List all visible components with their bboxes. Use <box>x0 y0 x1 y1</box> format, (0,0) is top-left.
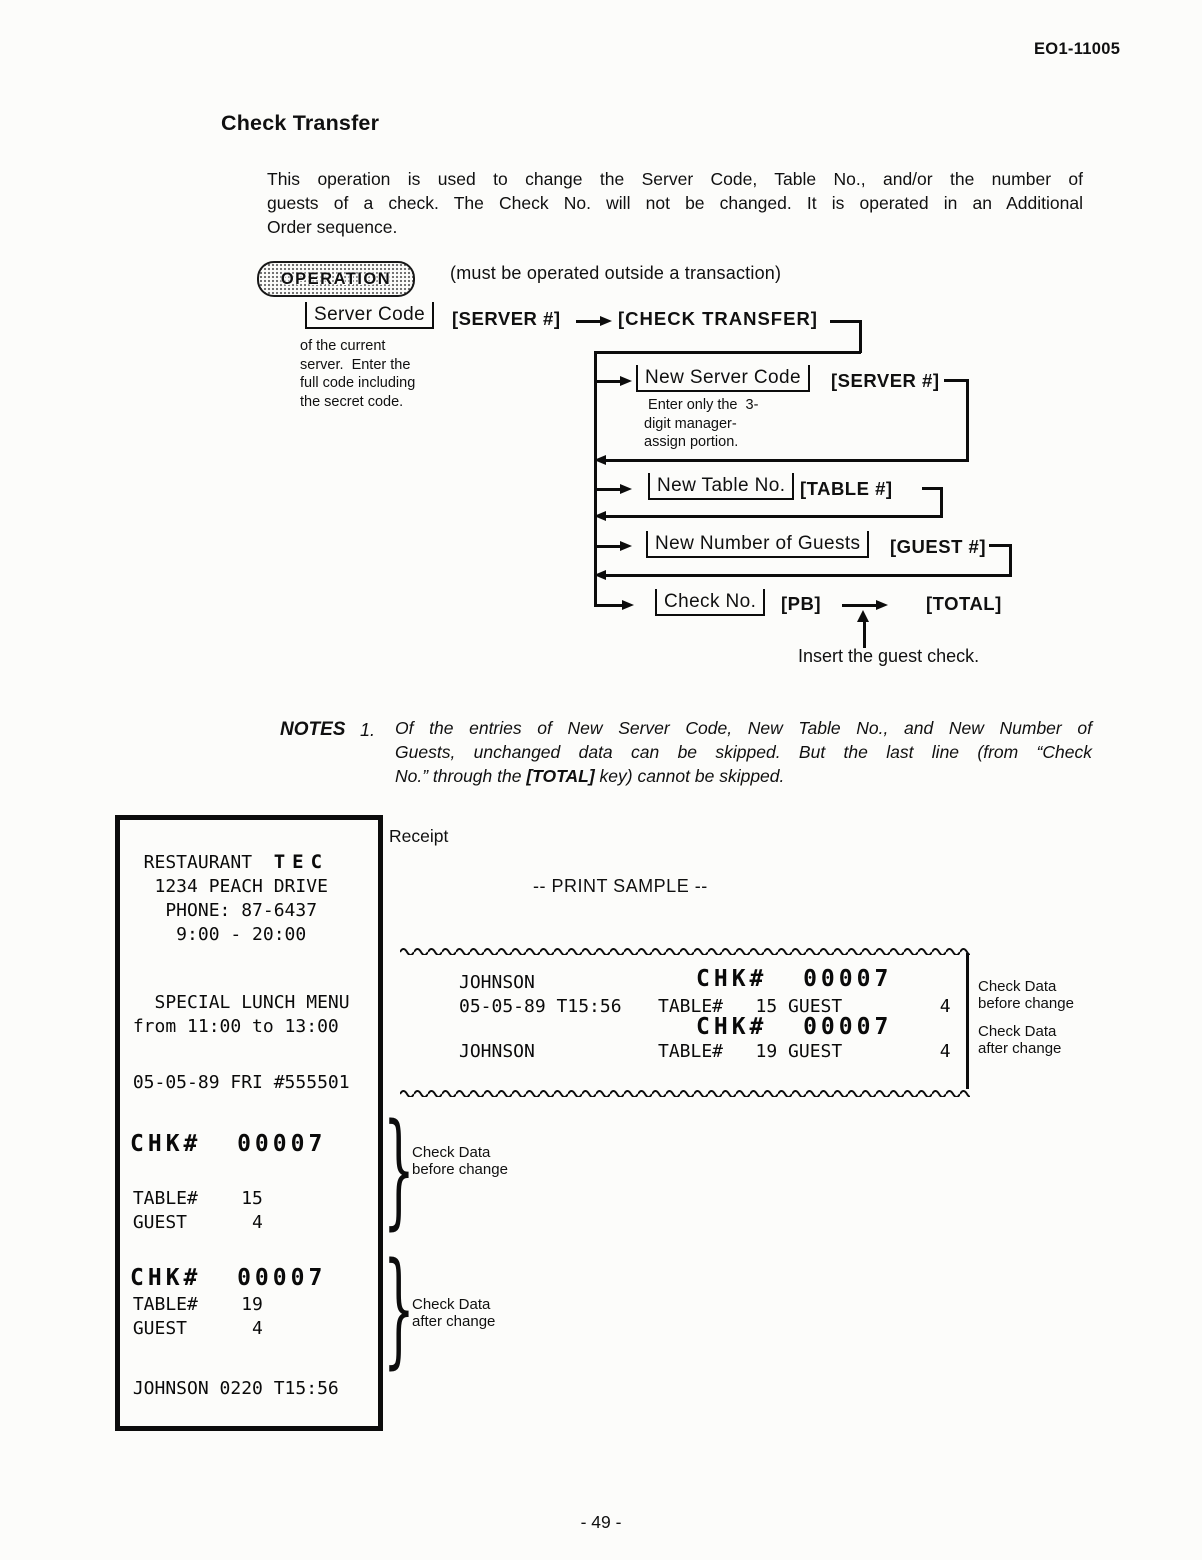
flow-key-total: [TOTAL] <box>926 593 1002 615</box>
doc-code: EO1-11005 <box>1034 40 1120 59</box>
label-line: after change <box>412 1313 495 1330</box>
label-line: Check Data <box>978 1023 1061 1040</box>
tec-logo: TEC <box>274 851 329 873</box>
note-line: server. Enter the <box>300 356 415 375</box>
intro-paragraph: This operation is used to change the Ser… <box>267 167 1083 239</box>
receipt-line: from 11:00 to 13:00 <box>122 1015 378 1039</box>
flow-key-pb: [PB] <box>781 593 821 615</box>
label-line: before change <box>412 1161 508 1178</box>
flow-field-server-code: Server Code <box>305 302 434 329</box>
arrow-right-icon <box>620 484 632 494</box>
flow-field-new-number-of-guests: New Number of Guests <box>646 531 869 558</box>
operation-badge-label: OPERATION <box>281 270 391 289</box>
receipt-line: PHONE: 87-6437 <box>122 899 378 923</box>
note-line: full code including <box>300 374 415 393</box>
server-code-note: of the currentserver. Enter thefull code… <box>300 337 415 411</box>
flow-key-server-2: [SERVER #] <box>831 370 940 392</box>
receipt-line: SPECIAL LUNCH MENU <box>122 991 378 1015</box>
intro-line: This operation is used to change the Ser… <box>267 167 1083 191</box>
receipt-line: TABLE# 19 <box>122 1293 378 1317</box>
arrow-right-icon <box>622 600 634 610</box>
label-line: Check Data <box>412 1144 508 1161</box>
flow-connector-line <box>606 574 1011 577</box>
ps-date-time: 05-05-89 T15:56 <box>459 996 622 1017</box>
label-line: before change <box>978 995 1074 1012</box>
flow-connector-line <box>594 604 624 607</box>
note-line: of the current <box>300 337 415 356</box>
flow-connector-line <box>842 604 878 607</box>
ps-chk-before: CHK# 00007 <box>696 966 892 992</box>
arrow-right-icon <box>876 600 888 610</box>
arrow-left-icon <box>594 511 606 521</box>
flow-connector-line <box>576 320 602 323</box>
flow-connector-line <box>596 380 622 383</box>
receipt-lines: RESTAURANT TEC 1234 PEACH DRIVE PHONE: 8… <box>120 820 378 1401</box>
arrow-left-icon <box>594 455 606 465</box>
receipt-line: 1234 PEACH DRIVE <box>122 875 378 899</box>
notes-text: Of the entries of New Server Code, New T… <box>395 716 1092 788</box>
label-line: after change <box>978 1040 1061 1057</box>
notes-number: 1. <box>360 720 375 741</box>
print-sample-strip: JOHNSON CHK# 00007 05-05-89 T15:56 TABLE… <box>400 945 970 1097</box>
notes-line: Of the entries of New Server Code, New T… <box>395 716 1092 740</box>
flow-field-new-server-code: New Server Code <box>636 365 810 392</box>
ps-server-name: JOHNSON <box>459 972 535 993</box>
flow-connector-line <box>606 515 942 518</box>
note-line: the secret code. <box>300 393 415 412</box>
receipt-line: GUEST 4 <box>122 1317 378 1341</box>
receipt-caption: Receipt <box>389 826 448 847</box>
receipt-line: RESTAURANT TEC <box>122 850 378 875</box>
notes-line-part: No.” through the <box>395 766 526 786</box>
page-number: - 49 - <box>0 1512 1202 1533</box>
brace-after-change: } <box>383 1253 415 1365</box>
torn-edge-top-icon <box>400 945 970 955</box>
notes-line: No.” through the [TOTAL] key) cannot be … <box>395 764 1092 788</box>
flow-trunk-line <box>594 351 597 607</box>
receipt-line: TABLE# 15 <box>122 1187 378 1211</box>
intro-line: Order sequence. <box>267 215 1083 239</box>
ps-chk-after: CHK# 00007 <box>696 1014 892 1040</box>
arrow-right-icon <box>620 541 632 551</box>
brace-before-change: } <box>383 1114 415 1226</box>
receipt-line: CHK# 00007 <box>122 1263 378 1293</box>
manual-page: EO1-11005 Check Transfer This operation … <box>0 0 1202 1560</box>
strip-right-edge <box>966 953 969 1089</box>
label-after-change: Check Data after change <box>412 1296 495 1330</box>
flow-connector-line <box>606 459 968 462</box>
note-line: assign portion. <box>644 433 758 452</box>
flow-connector-line <box>1009 544 1012 577</box>
manager-assign-note: Enter only the 3-digit manager-assign po… <box>644 396 758 452</box>
note-line: digit manager- <box>644 415 758 434</box>
flow-connector-line <box>859 320 862 353</box>
flow-key-guest: [GUEST #] <box>890 536 986 558</box>
receipt-line: GUEST 4 <box>122 1211 378 1235</box>
total-key-ref: [TOTAL] <box>526 766 594 786</box>
flow-connector-line <box>594 351 861 354</box>
ps-label-after-change: Check Data after change <box>978 1023 1061 1057</box>
intro-line: guests of a check. The Check No. will no… <box>267 191 1083 215</box>
torn-edge-bottom-icon <box>400 1087 970 1097</box>
receipt-line: 05-05-89 FRI #555501 <box>122 1071 378 1095</box>
ps-table-guest-after: TABLE# 19 GUEST 4 <box>658 1041 951 1062</box>
flow-connector-line <box>830 320 861 323</box>
operation-badge: OPERATION <box>257 261 415 297</box>
receipt-line: 9:00 - 20:00 <box>122 923 378 947</box>
notes-line-part: key) cannot be skipped. <box>595 766 785 786</box>
flow-connector-line <box>863 621 866 648</box>
note-line: Enter only the 3- <box>644 396 758 415</box>
flow-connector-line <box>966 379 969 462</box>
receipt-line: JOHNSON 0220 T15:56 <box>122 1377 378 1401</box>
arrow-left-icon <box>594 570 606 580</box>
ps-label-before-change: Check Data before change <box>978 978 1074 1012</box>
flow-key-table: [TABLE #] <box>800 478 893 500</box>
label-line: Check Data <box>412 1296 495 1313</box>
flow-key-server-1: [SERVER #] <box>452 308 561 330</box>
receipt-line: CHK# 00007 <box>122 1129 378 1159</box>
flow-key-check-transfer: [CHECK TRANSFER] <box>618 308 818 330</box>
receipt-image: RESTAURANT TEC 1234 PEACH DRIVE PHONE: 8… <box>115 815 383 1431</box>
arrow-right-icon <box>620 376 632 386</box>
flow-connector-line <box>596 545 622 548</box>
notes-line: Guests, unchanged data can be skipped. B… <box>395 740 1092 764</box>
insert-guest-check-note: Insert the guest check. <box>798 646 979 667</box>
print-sample-title: -- PRINT SAMPLE -- <box>533 876 708 897</box>
label-before-change: Check Data before change <box>412 1144 508 1178</box>
flow-connector-line <box>596 488 622 491</box>
operation-condition: (must be operated outside a transaction) <box>450 263 781 284</box>
flow-connector-line <box>940 487 943 518</box>
ps-server-name: JOHNSON <box>459 1041 535 1062</box>
flow-field-check-no: Check No. <box>655 589 765 616</box>
page-title: Check Transfer <box>221 111 379 136</box>
flow-field-new-table-no: New Table No. <box>648 473 794 500</box>
label-line: Check Data <box>978 978 1074 995</box>
notes-label: NOTES <box>280 719 345 741</box>
arrow-right-icon <box>600 316 612 326</box>
